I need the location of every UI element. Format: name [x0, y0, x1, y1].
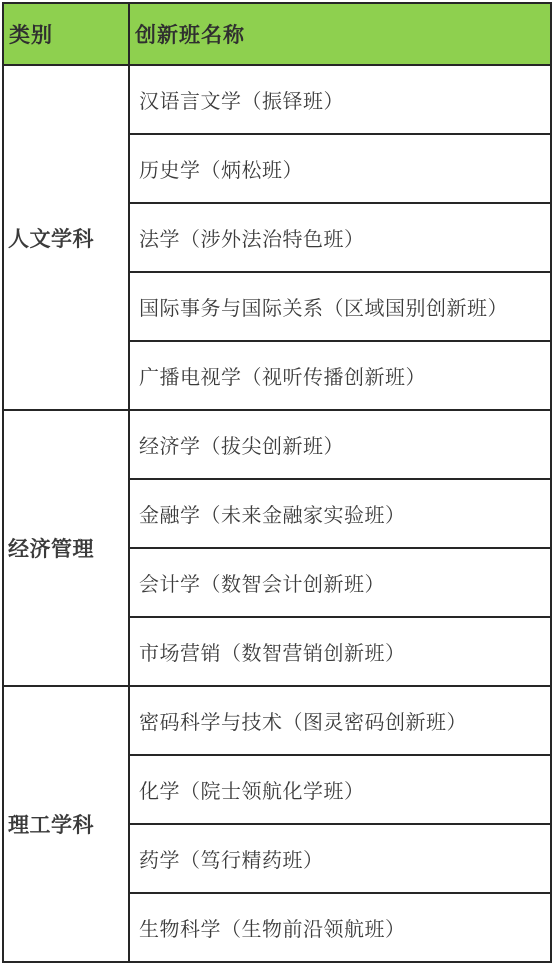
class-name-cell: 历史学（炳松班）: [129, 134, 551, 203]
class-name-cell: 法学（涉外法治特色班）: [129, 203, 551, 272]
class-name-cell: 国际事务与国际关系（区域国别创新班）: [129, 272, 551, 341]
category-cell: 经济管理: [3, 410, 129, 686]
table-body: 人文学科汉语言文学（振铎班）历史学（炳松班）法学（涉外法治特色班）国际事务与国际…: [3, 65, 551, 962]
class-name-cell: 密码科学与技术（图灵密码创新班）: [129, 686, 551, 755]
class-name-cell: 化学（院士领航化学班）: [129, 755, 551, 824]
table-row: 理工学科密码科学与技术（图灵密码创新班）: [3, 686, 551, 755]
col-header-category: 类别: [3, 3, 129, 65]
class-name-cell: 会计学（数智会计创新班）: [129, 548, 551, 617]
class-name-cell: 经济学（拔尖创新班）: [129, 410, 551, 479]
innovation-class-table: 类别 创新班名称 人文学科汉语言文学（振铎班）历史学（炳松班）法学（涉外法治特色…: [2, 2, 552, 963]
table-header: 类别 创新班名称: [3, 3, 551, 65]
category-cell: 理工学科: [3, 686, 129, 962]
class-name-cell: 金融学（未来金融家实验班）: [129, 479, 551, 548]
class-name-cell: 生物科学（生物前沿领航班）: [129, 893, 551, 962]
page: 类别 创新班名称 人文学科汉语言文学（振铎班）历史学（炳松班）法学（涉外法治特色…: [0, 0, 552, 966]
table-row: 人文学科汉语言文学（振铎班）: [3, 65, 551, 134]
category-cell: 人文学科: [3, 65, 129, 410]
class-name-cell: 汉语言文学（振铎班）: [129, 65, 551, 134]
header-row: 类别 创新班名称: [3, 3, 551, 65]
table-row: 经济管理经济学（拔尖创新班）: [3, 410, 551, 479]
class-name-cell: 药学（笃行精药班）: [129, 824, 551, 893]
class-name-cell: 广播电视学（视听传播创新班）: [129, 341, 551, 410]
class-name-cell: 市场营销（数智营销创新班）: [129, 617, 551, 686]
col-header-class-name: 创新班名称: [129, 3, 551, 65]
